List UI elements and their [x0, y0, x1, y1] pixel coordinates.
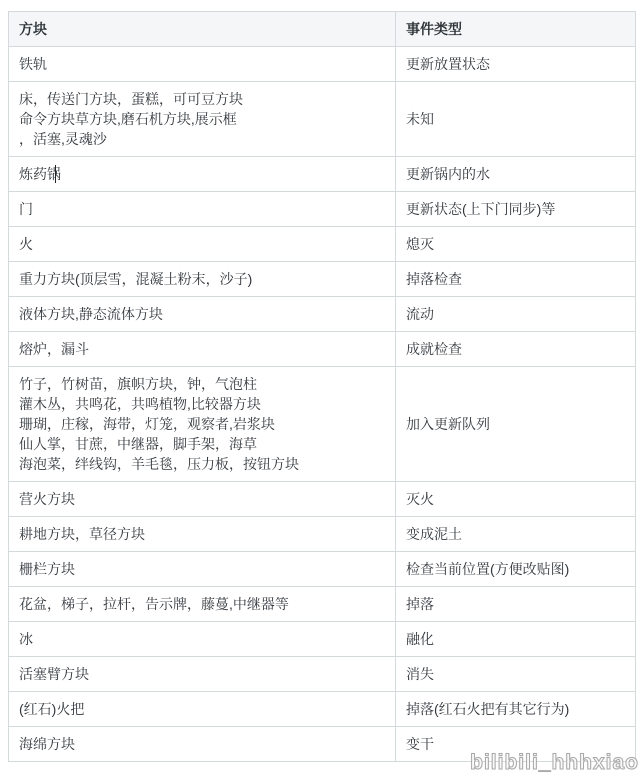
block-cell: 门 [9, 192, 396, 227]
table-row: 重力方块(顶层雪，混凝土粉末，沙子)掉落检查 [9, 262, 636, 297]
block-cell: 栅栏方块 [9, 552, 396, 587]
event-type-cell: 更新锅内的水 [396, 157, 636, 192]
event-type-cell: 消失 [396, 657, 636, 692]
block-cell: 海绵方块 [9, 727, 396, 762]
block-cell: 营火方块 [9, 482, 396, 517]
table-row: 竹子，竹树苗，旗帜方块，钟，气泡柱 灌木丛，共鸣花，共鸣植物,比较器方块 珊瑚，… [9, 367, 636, 482]
table-row: 液体方块,静态流体方块流动 [9, 297, 636, 332]
table-row: 栅栏方块检查当前位置(方便改贴图) [9, 552, 636, 587]
block-cell: 花盆，梯子，拉杆，告示牌，藤蔓,中继器等 [9, 587, 396, 622]
block-cell: (红石)火把 [9, 692, 396, 727]
block-cell: 熔炉，漏斗 [9, 332, 396, 367]
event-type-cell: 变干 [396, 727, 636, 762]
header-row: 方块 事件类型 [9, 12, 636, 47]
event-type-cell: 掉落(红石火把有其它行为) [396, 692, 636, 727]
event-type-cell: 更新状态(上下门同步)等 [396, 192, 636, 227]
table-row: 海绵方块变干 [9, 727, 636, 762]
table-row: 门更新状态(上下门同步)等 [9, 192, 636, 227]
block-cell: 活塞臂方块 [9, 657, 396, 692]
block-cell: 火 [9, 227, 396, 262]
page: 方块 事件类型 铁轨更新放置状态床，传送门方块，蛋糕，可可豆方块 命令方块草方块… [0, 0, 643, 778]
table-row: 床，传送门方块，蛋糕，可可豆方块 命令方块草方块,磨石机方块,展示框 ，活塞,灵… [9, 82, 636, 157]
table-row: 熔炉，漏斗成就检查 [9, 332, 636, 367]
block-cell: 炼药锅 [9, 157, 396, 192]
event-type-cell: 更新放置状态 [396, 47, 636, 82]
table-row: 冰融化 [9, 622, 636, 657]
table-row: (红石)火把掉落(红石火把有其它行为) [9, 692, 636, 727]
event-type-cell: 成就检查 [396, 332, 636, 367]
table-row: 活塞臂方块消失 [9, 657, 636, 692]
block-cell: 铁轨 [9, 47, 396, 82]
event-type-cell: 变成泥土 [396, 517, 636, 552]
block-cell: 重力方块(顶层雪，混凝土粉末，沙子) [9, 262, 396, 297]
block-cell: 冰 [9, 622, 396, 657]
column-header-block: 方块 [9, 12, 396, 47]
table-row: 营火方块灭火 [9, 482, 636, 517]
event-type-cell: 加入更新队列 [396, 367, 636, 482]
table-row: 炼药锅更新锅内的水 [9, 157, 636, 192]
block-event-table: 方块 事件类型 铁轨更新放置状态床，传送门方块，蛋糕，可可豆方块 命令方块草方块… [8, 11, 636, 762]
event-type-cell: 熄灭 [396, 227, 636, 262]
block-cell: 床，传送门方块，蛋糕，可可豆方块 命令方块草方块,磨石机方块,展示框 ，活塞,灵… [9, 82, 396, 157]
event-type-cell: 未知 [396, 82, 636, 157]
table-row: 耕地方块，草径方块变成泥土 [9, 517, 636, 552]
table-header: 方块 事件类型 [9, 12, 636, 47]
table-row: 花盆，梯子，拉杆，告示牌，藤蔓,中继器等掉落 [9, 587, 636, 622]
event-type-cell: 检查当前位置(方便改贴图) [396, 552, 636, 587]
event-type-cell: 掉落 [396, 587, 636, 622]
block-cell: 耕地方块，草径方块 [9, 517, 396, 552]
event-type-cell: 灭火 [396, 482, 636, 517]
column-header-event-type: 事件类型 [396, 12, 636, 47]
table-row: 铁轨更新放置状态 [9, 47, 636, 82]
table-body: 铁轨更新放置状态床，传送门方块，蛋糕，可可豆方块 命令方块草方块,磨石机方块,展… [9, 47, 636, 762]
block-cell: 竹子，竹树苗，旗帜方块，钟，气泡柱 灌木丛，共鸣花，共鸣植物,比较器方块 珊瑚，… [9, 367, 396, 482]
table-row: 火熄灭 [9, 227, 636, 262]
block-cell: 液体方块,静态流体方块 [9, 297, 396, 332]
event-type-cell: 掉落检查 [396, 262, 636, 297]
event-type-cell: 流动 [396, 297, 636, 332]
text-cursor [55, 165, 56, 183]
event-type-cell: 融化 [396, 622, 636, 657]
